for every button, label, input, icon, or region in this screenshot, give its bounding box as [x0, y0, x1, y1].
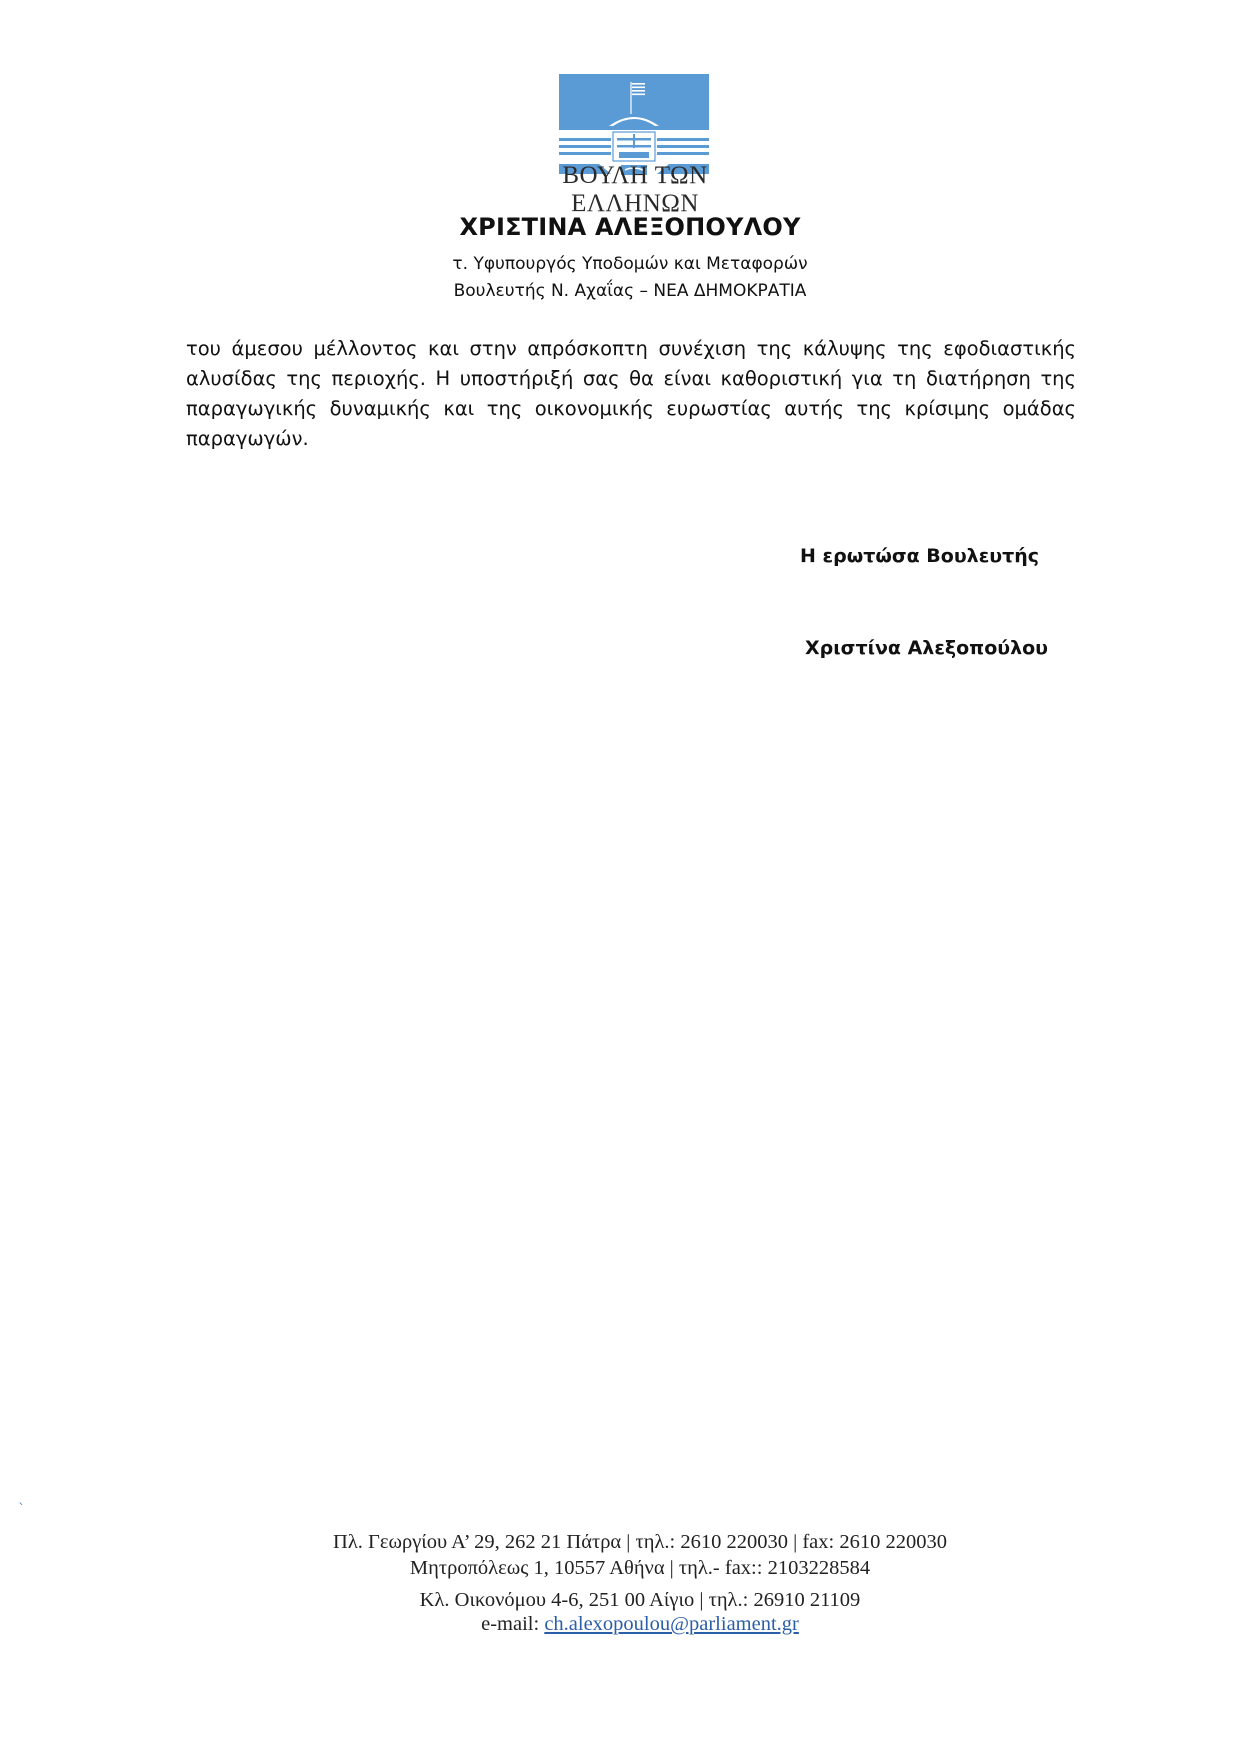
body-line: παραγωγικής δυναμικής και της οικονομική…	[186, 394, 1076, 424]
email-link[interactable]: ch.alexopoulou@parliament.gr	[544, 1613, 799, 1635]
footer-address-athens: Μητροπόλεως 1, 10557 Αθήνα | τηλ.- fax::…	[200, 1557, 1080, 1580]
signature-role: Η ερωτώσα Βουλευτής	[800, 545, 1039, 567]
document-page: ΒΟΥΛΗ ΤΩΝ ΕΛΛΗΝΩΝ ΧΡΙΣΤΙΝΑ ΑΛΕΞΟΠΟΥΛΟΥ τ…	[0, 0, 1241, 1755]
logo-caption: ΒΟΥΛΗ ΤΩΝ ΕΛΛΗΝΩΝ	[500, 162, 770, 218]
stray-mark: `	[18, 1502, 25, 1518]
author-title: τ. Υφυπουργός Υποδομών και Μεταφορών	[300, 254, 960, 274]
author-constituency: Βουλευτής Ν. Αχαΐας – ΝΕΑ ΔΗΜΟΚΡΑΤΙΑ	[300, 281, 960, 301]
footer-address-patra: Πλ. Γεωργίου Α’ 29, 262 21 Πάτρα | τηλ.:…	[200, 1531, 1080, 1554]
body-line: του άμεσου μέλλοντος και στην απρόσκοπτη…	[186, 334, 1076, 364]
body-line: παραγωγών.	[186, 424, 1076, 454]
author-name-heading: ΧΡΙΣΤΙΝΑ ΑΛΕΞΟΠΟΥΛΟΥ	[300, 213, 960, 241]
email-label: e-mail:	[481, 1613, 544, 1635]
footer-email-line: e-mail: ch.alexopoulou@parliament.gr	[200, 1613, 1080, 1636]
footer-address-aigio: Κλ. Οικονόμου 4-6, 251 00 Αίγιο | τηλ.: …	[200, 1589, 1080, 1612]
signature-name: Χριστίνα Αλεξοπούλου	[805, 637, 1048, 659]
body-line: αλυσίδας της περιοχής. Η υποστήριξή σας …	[186, 364, 1076, 394]
body-paragraph: του άμεσου μέλλοντος και στην απρόσκοπτη…	[186, 334, 1076, 454]
